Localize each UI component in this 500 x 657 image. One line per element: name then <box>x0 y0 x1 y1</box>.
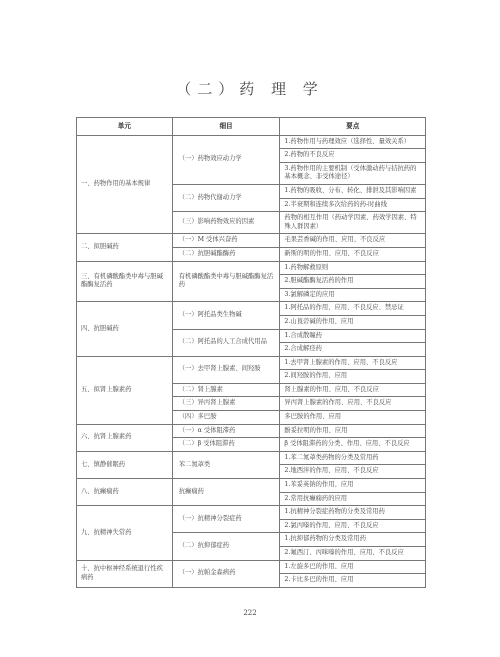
keypoint-cell: 2.氯丙嗪的作用、应用、不良反应 <box>280 519 426 533</box>
subitem-cell: 有机磷酸酯类中毒与胆碱酯酶复活药 <box>172 261 280 302</box>
keypoint-cell: 2.地西泮的作用、应用、不良反应 <box>280 465 426 479</box>
keypoint-cell: 2.间羟胺的作用、应用 <box>280 370 426 384</box>
section-title: （二）药 理 学 <box>0 78 500 99</box>
table-row: 九、抗精神失常药（一）抗精神分裂症药1.抗精神分裂症药物的分类及常用药 <box>77 506 426 520</box>
keypoint-cell: 新斯的明的作用、应用、不良反应 <box>280 247 426 261</box>
table-row: 七、镇静催眠药苯二氮䓬类1.苯二氮䓬类药物的分类及常用药 <box>77 451 426 465</box>
unit-cell: 六、抗肾上腺素药 <box>77 424 173 451</box>
keypoint-cell: 1.抗精神分裂症药物的分类及常用药 <box>280 506 426 520</box>
table-row: 六、抗肾上腺素药（一）α 受体阻滞药酚妥拉明的作用、应用 <box>77 424 426 438</box>
unit-cell: 三、有机磷酸酯类中毒与胆碱酯酶复活药 <box>77 261 173 302</box>
header-keypoints: 要点 <box>280 118 426 136</box>
unit-cell: 九、抗精神失常药 <box>77 506 173 560</box>
keypoint-cell: 3.药物作用的主要机制（受体激动药与拮抗药的基本概念、非受体途径） <box>280 162 426 184</box>
keypoint-cell: 药物的相互作用（药动学因素、药效学因素、特殊人群因素） <box>280 212 426 234</box>
keypoint-cell: 异丙肾上腺素的作用、应用、不良反应 <box>280 397 426 411</box>
table-row: 三、有机磷酸酯类中毒与胆碱酯酶复活药有机磷酸酯类中毒与胆碱酯酶复活药1.药物解救… <box>77 261 426 275</box>
subitem-cell: （二）抗胆碱酯酶药 <box>172 247 280 261</box>
table-row: 五、拟肾上腺素药（一）去甲肾上腺素、间羟胺1.去甲肾上腺素的作用、应用、不良反应 <box>77 356 426 370</box>
keypoint-cell: 1.药物的吸收、分布、转化、排泄及其影响因素 <box>280 184 426 198</box>
table-body: 一、药物作用的基本规律（一）药物效应动力学1.药物作用与药理效应（选择性、量效关… <box>77 135 426 587</box>
table-row: 一、药物作用的基本规律（一）药物效应动力学1.药物作用与药理效应（选择性、量效关… <box>77 135 426 149</box>
subitem-cell: （二）药物代谢动力学 <box>172 184 280 211</box>
unit-cell: 十、抗中枢神经系统退行性疾病药 <box>77 560 173 587</box>
keypoint-cell: 1.阿托品的作用、应用、不良反应、禁忌证 <box>280 302 426 316</box>
subitem-cell: （一）药物效应动力学 <box>172 135 280 184</box>
subitem-cell: （四）多巴胺 <box>172 411 280 425</box>
subitem-cell: （二）阿托品的人工合成代用品 <box>172 329 280 356</box>
subitem-cell: （一）α 受体阻滞药 <box>172 424 280 438</box>
keypoint-cell: 毛果芸香碱的作用、应用、不良反应 <box>280 234 426 248</box>
unit-cell: 四、抗胆碱药 <box>77 302 173 356</box>
subitem-cell: （一）抗精神分裂症药 <box>172 506 280 533</box>
keypoint-cell: 1.药物解救原则 <box>280 261 426 275</box>
keypoint-cell: 1.苯妥英钠的作用、应用 <box>280 479 426 493</box>
keypoint-cell: 2.山莨菪碱的作用、应用 <box>280 315 426 329</box>
table-header-row: 单元 细目 要点 <box>77 118 426 136</box>
subitem-cell: 抗癫痫药 <box>172 479 280 506</box>
unit-cell: 二、拟胆碱药 <box>77 234 173 261</box>
subitem-cell: （一）去甲肾上腺素、间羟胺 <box>172 356 280 383</box>
keypoint-cell: 肾上腺素的作用、应用、不良反应 <box>280 383 426 397</box>
subitem-cell: （一）抗帕金森病药 <box>172 560 280 587</box>
keypoint-cell: 2.半衰期和连续多次给药的药-时曲线 <box>280 198 426 212</box>
keypoint-cell: 2.药物的不良反应 <box>280 149 426 163</box>
unit-cell: 八、抗癫痫药 <box>77 479 173 506</box>
keypoint-cell: 1.抗抑郁药物的分类及常用药 <box>280 533 426 547</box>
unit-cell: 七、镇静催眠药 <box>77 451 173 478</box>
keypoint-cell: 3.氯解磷定的应用 <box>280 288 426 302</box>
unit-cell: 五、拟肾上腺素药 <box>77 356 173 424</box>
subitem-cell: 苯二氮䓬类 <box>172 451 280 478</box>
subitem-cell: （二）β 受体阻滞药 <box>172 438 280 452</box>
subitem-cell: （一）阿托品类生物碱 <box>172 302 280 329</box>
table-row: 十、抗中枢神经系统退行性疾病药（一）抗帕金森病药1.左旋多巴的作用、应用 <box>77 560 426 574</box>
subitem-cell: （二）抗抑郁症药 <box>172 533 280 560</box>
keypoint-cell: 2.常用抗癫痫药的应用 <box>280 492 426 506</box>
table-row: 八、抗癫痫药抗癫痫药1.苯妥英钠的作用、应用 <box>77 479 426 493</box>
keypoint-cell: 2.胆碱酯酶复活药的作用 <box>280 275 426 289</box>
header-unit: 单元 <box>77 118 173 136</box>
keypoint-cell: 1.药物作用与药理效应（选择性、量效关系） <box>280 135 426 149</box>
subitem-cell: （一）M 受体兴奋药 <box>172 234 280 248</box>
keypoint-cell: β 受体阻滞药的分类、作用、应用、不良反应 <box>280 438 426 452</box>
keypoint-cell: 1.左旋多巴的作用、应用 <box>280 560 426 574</box>
subitem-cell: （三）影响药物效应的因素 <box>172 212 280 234</box>
subitem-cell: （三）异丙肾上腺素 <box>172 397 280 411</box>
table-row: 四、抗胆碱药（一）阿托品类生物碱1.阿托品的作用、应用、不良反应、禁忌证 <box>77 302 426 316</box>
keypoint-cell: 1.合成散瞳药 <box>280 329 426 343</box>
keypoint-cell: 多巴胺的作用、应用 <box>280 411 426 425</box>
keypoint-cell: 1.苯二氮䓬类药物的分类及常用药 <box>280 451 426 465</box>
keypoint-cell: 酚妥拉明的作用、应用 <box>280 424 426 438</box>
page-number: 222 <box>0 609 500 617</box>
subitem-cell: （二）肾上腺素 <box>172 383 280 397</box>
keypoint-cell: 1.去甲肾上腺素的作用、应用、不良反应 <box>280 356 426 370</box>
keypoint-cell: 2.氟西汀、丙咪嗪的作用、应用、不良反应 <box>280 547 426 561</box>
table-row: 二、拟胆碱药（一）M 受体兴奋药毛果芸香碱的作用、应用、不良反应 <box>77 234 426 248</box>
header-subitem: 细目 <box>172 118 280 136</box>
unit-cell: 一、药物作用的基本规律 <box>77 135 173 234</box>
syllabus-table: 单元 细目 要点 一、药物作用的基本规律（一）药物效应动力学1.药物作用与药理效… <box>76 117 426 588</box>
keypoint-cell: 2.合成解痉药 <box>280 343 426 357</box>
keypoint-cell: 2.卡比多巴的作用、应用 <box>280 574 426 588</box>
